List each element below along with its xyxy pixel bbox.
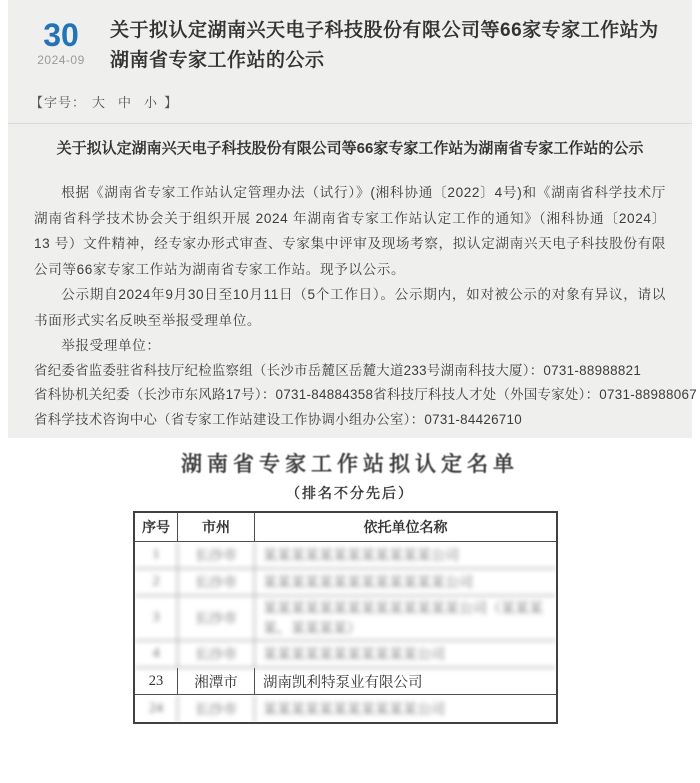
cell-no: 24 bbox=[135, 695, 178, 722]
cell-org: 某某某某某某某某某某某某公司 bbox=[255, 542, 556, 569]
header-cell-city: 市州 bbox=[178, 513, 255, 542]
paragraph-basis: 根据《湖南省专家工作站认定管理办法（试行）》(湘科协通〔2022〕4号)和《湖南… bbox=[34, 180, 666, 282]
contact-line-zixun: 省科学技术咨询中心（省专家工作站建设工作协调小组办公室）：0731-844267… bbox=[34, 408, 666, 433]
cell-org: 某某某某某某某某某某某公司 bbox=[255, 641, 556, 668]
fontsize-bar: 【字号：大中小】 bbox=[8, 92, 692, 111]
cell-no: 1 bbox=[135, 542, 178, 569]
page-title: 关于拟认定湖南兴天电子科技股份有限公司等66家专家工作站为湖南省专家工作站的公示 bbox=[110, 16, 670, 76]
cell-no: 2 bbox=[135, 569, 178, 596]
cell-org: 湖南凯利特泵业有限公司 bbox=[255, 668, 556, 695]
table-row: 2 长沙市 某某某某某某某某某某某某某公司 bbox=[135, 569, 556, 596]
contact-line-jiwei: 省纪委省监委驻省科技厅纪检监察组（长沙市岳麓区岳麓大道233号湖南科技大厦）：0… bbox=[34, 359, 666, 384]
table-row: 1 长沙市 某某某某某某某某某某某某公司 bbox=[135, 542, 556, 569]
issue-number: 30 bbox=[28, 18, 94, 52]
roster-title: 湖南省专家工作站拟认定名单 bbox=[0, 448, 700, 478]
table-row: 4 长沙市 某某某某某某某某某某某公司 bbox=[135, 641, 556, 668]
fontsize-option-small[interactable]: 小 bbox=[144, 95, 158, 110]
cell-no: 3 bbox=[135, 596, 178, 641]
cell-city: 长沙市 bbox=[178, 695, 255, 722]
cell-org: 某某某某某某某某某某某公司 bbox=[255, 695, 556, 722]
cell-no: 23 bbox=[135, 668, 178, 695]
cell-city: 湘潭市 bbox=[178, 668, 255, 695]
header-cell-org: 依托单位名称 bbox=[255, 513, 556, 542]
paragraph-report-units: 举报受理单位： bbox=[34, 333, 666, 359]
cell-city: 长沙市 bbox=[178, 569, 255, 596]
fontsize-prefix: 【字号： bbox=[30, 95, 86, 110]
roster-table: 序号 市州 依托单位名称 1 长沙市 某某某某某某某某某某某某公司 2 长沙市 … bbox=[133, 511, 558, 724]
paragraph-period: 公示期自2024年9月30日至10月11日（5个工作日）。公示期内，如对被公示的… bbox=[34, 282, 666, 333]
fontsize-suffix: 】 bbox=[164, 95, 178, 110]
header-divider bbox=[8, 123, 692, 124]
cell-org: 某某某某某某某某某某某某某公司 bbox=[255, 569, 556, 596]
announcement-page: 30 2024-09 关于拟认定湖南兴天电子科技股份有限公司等66家专家工作站为… bbox=[0, 0, 700, 783]
fontsize-option-large[interactable]: 大 bbox=[92, 95, 106, 110]
roster-header-row: 序号 市州 依托单位名称 bbox=[135, 513, 556, 542]
issue-date: 2024-09 bbox=[28, 53, 94, 67]
cell-city: 长沙市 bbox=[178, 596, 255, 641]
article-heading: 关于拟认定湖南兴天电子科技股份有限公司等66家专家工作站为湖南省专家工作站的公示 bbox=[34, 138, 666, 160]
cell-city: 长沙市 bbox=[178, 641, 255, 668]
cell-city: 长沙市 bbox=[178, 542, 255, 569]
fontsize-option-medium[interactable]: 中 bbox=[118, 95, 132, 110]
announcement-panel: 30 2024-09 关于拟认定湖南兴天电子科技股份有限公司等66家专家工作站为… bbox=[8, 0, 692, 438]
cell-no: 4 bbox=[135, 641, 178, 668]
cell-org: 某某某某某某某某某某某某某某公司（某某某某、某某某某） bbox=[255, 596, 556, 641]
article-body: 关于拟认定湖南兴天电子科技股份有限公司等66家专家工作站为湖南省专家工作站的公示… bbox=[8, 138, 692, 432]
table-row: 3 长沙市 某某某某某某某某某某某某某某公司（某某某某、某某某某） bbox=[135, 596, 556, 641]
table-row-23: 23 湘潭市 湖南凯利特泵业有限公司 bbox=[135, 668, 556, 695]
page-header: 30 2024-09 关于拟认定湖南兴天电子科技股份有限公司等66家专家工作站为… bbox=[8, 0, 692, 76]
header-cell-no: 序号 bbox=[135, 513, 178, 542]
roster-subtitle: （排名不分先后） bbox=[0, 483, 700, 503]
roster-scan: 湖南省专家工作站拟认定名单 （排名不分先后） 序号 市州 依托单位名称 1 长沙… bbox=[0, 438, 700, 724]
table-row: 24 长沙市 某某某某某某某某某某某公司 bbox=[135, 695, 556, 722]
contact-line-kexie: 省科协机关纪委（长沙市东风路17号）：0731-84884358省科技厅科技人才… bbox=[34, 383, 666, 408]
issue-badge: 30 2024-09 bbox=[28, 18, 94, 67]
